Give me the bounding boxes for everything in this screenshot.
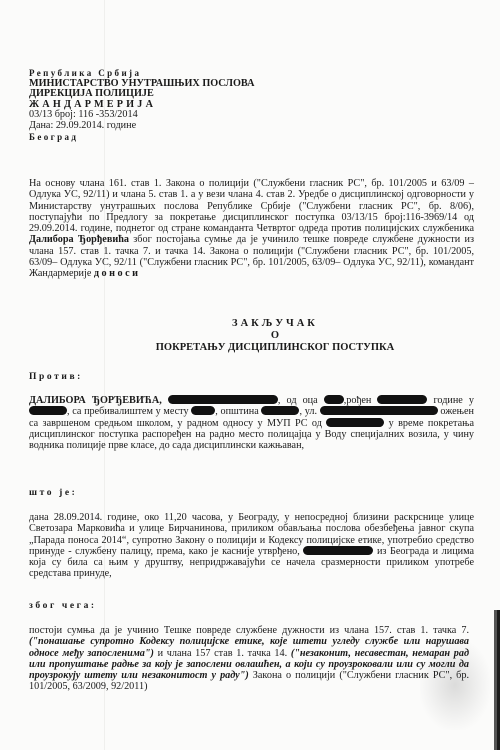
facts-paragraph: дана 28.09.2014. године, око 11,20 часов… bbox=[29, 512, 474, 580]
against-paragraph: ДАЛИБОРА ЂОРЂЕВИЋА, , од оца ,рођен годи… bbox=[29, 395, 474, 451]
scan-dark-edge-inner bbox=[494, 610, 497, 750]
against-text-2: ,рођен bbox=[344, 395, 378, 406]
intro-officer-name: Далибора Ђорђевића bbox=[29, 234, 129, 245]
decision-title-line-1: ЗАКЉУЧАК bbox=[150, 318, 400, 330]
redaction-block bbox=[261, 406, 299, 415]
document-date: Дана: 29.09.2014. године bbox=[29, 121, 254, 132]
document-city: Београд bbox=[29, 132, 254, 143]
redaction-block bbox=[191, 406, 215, 415]
decision-title: ЗАКЉУЧАК О ПОКРЕТАЊУ ДИСЦИПЛИНСКОГ ПОСТУ… bbox=[150, 318, 400, 354]
intro-text-1: На основу члана 161. став 1. Закона о по… bbox=[29, 178, 474, 234]
section-label-against: Против: bbox=[29, 372, 83, 382]
against-text-5: , општина bbox=[215, 406, 261, 417]
redaction-block bbox=[324, 395, 344, 404]
section-label-facts: што је: bbox=[29, 488, 77, 498]
redaction-block bbox=[303, 546, 373, 555]
against-text-4: , са пребивалиштем у месту bbox=[67, 406, 191, 417]
scanned-document-page: Република Србија МИНИСТАРСТВО УНУТРАШЊИХ… bbox=[0, 0, 500, 750]
redaction-block bbox=[168, 395, 278, 404]
reason-paragraph: постоји сумња да је учинио Тешке повреде… bbox=[29, 625, 469, 693]
reason-text-2: и члана 157 став 1. тачка 14. bbox=[154, 648, 291, 659]
letterhead: Република Србија МИНИСТАРСТВО УНУТРАШЊИХ… bbox=[29, 68, 254, 142]
decision-title-line-3: ПОКРЕТАЊУ ДИСЦИПЛИНСКОГ ПОСТУПКА bbox=[150, 342, 400, 354]
redaction-block bbox=[320, 406, 438, 415]
against-text-1: , од оца bbox=[278, 395, 324, 406]
redaction-block bbox=[326, 418, 384, 427]
redaction-block bbox=[29, 406, 67, 415]
redaction-block bbox=[377, 395, 427, 404]
letterhead-country: Република Србија bbox=[29, 68, 254, 79]
accused-name: ДАЛИБОРА ЂОРЂЕВИЋА, bbox=[29, 395, 162, 406]
intro-paragraph: На основу члана 161. став 1. Закона о по… bbox=[29, 178, 474, 280]
against-text-3: године у bbox=[434, 395, 475, 406]
against-text-6: , ул. bbox=[299, 406, 317, 417]
reason-text-1: постоји сумња да је учинио Тешке повреде… bbox=[29, 625, 469, 636]
section-label-reason: због чега: bbox=[29, 601, 97, 611]
decision-title-line-2: О bbox=[150, 330, 400, 342]
intro-verb: доноси bbox=[94, 268, 141, 279]
